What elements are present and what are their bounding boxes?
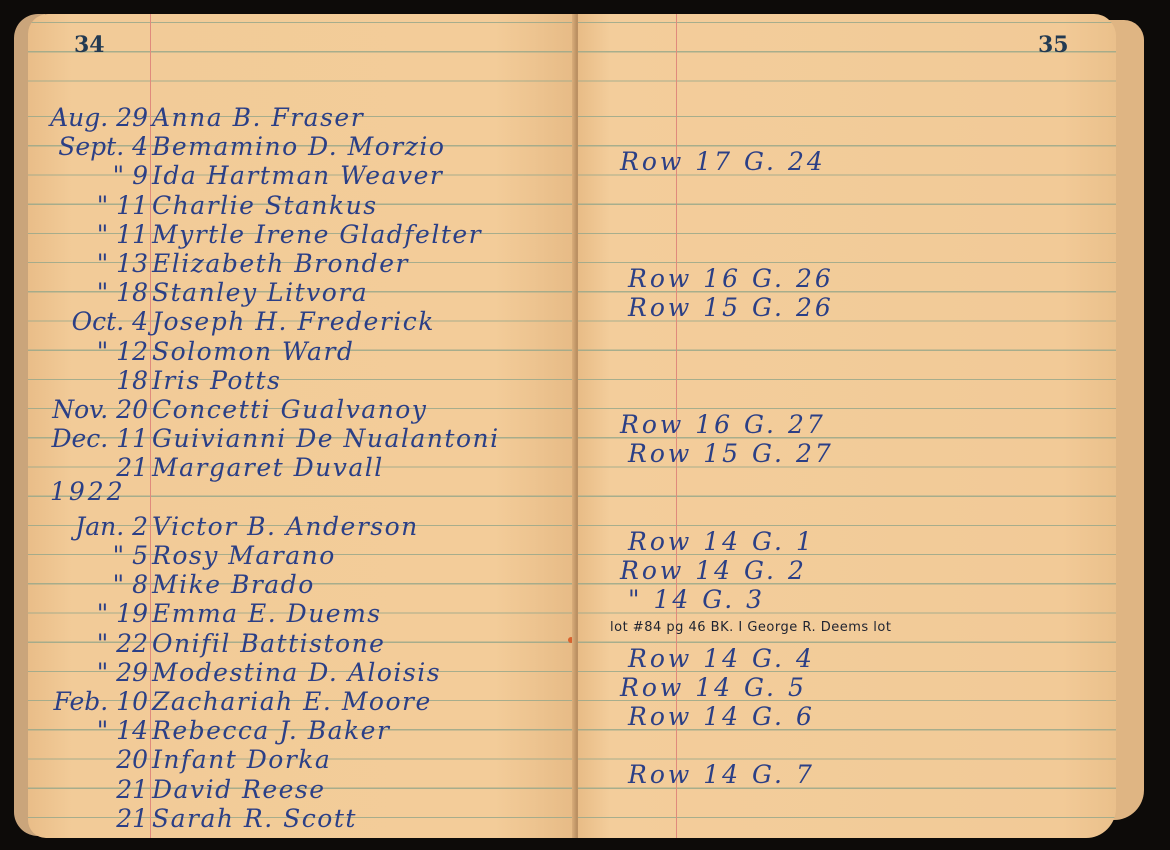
page-number: 34: [74, 32, 105, 58]
entry-name: Ida Hartman Weaver: [152, 161, 443, 190]
grave-location: Row 14 G. 2: [620, 556, 807, 585]
burial-entry: " 19Emma E. Duems: [28, 599, 578, 628]
entry-name: Myrtle Irene Gladfelter: [152, 220, 482, 249]
entry-name: Mike Brado: [152, 570, 315, 599]
entry-date: " 13: [97, 249, 148, 278]
burial-entry: Oct. 4Joseph H. Frederick: [28, 307, 578, 336]
grave-location: Row 15 G. 26: [628, 293, 834, 322]
burial-entry: " 12Solomon Ward: [28, 337, 578, 366]
burial-entry: " 18Stanley Litvora: [28, 278, 578, 307]
entry-name: Joseph H. Frederick: [152, 307, 435, 336]
entry-date: " 11: [97, 220, 148, 249]
entry-date: Sept. 4: [58, 132, 148, 161]
burial-entry: " 14Rebecca J. Baker: [28, 716, 578, 745]
entry-date: 21: [116, 804, 148, 833]
entry-name: Iris Potts: [152, 366, 281, 395]
entry-name: Modestina D. Aloisis: [152, 658, 441, 687]
entry-date: " 12: [97, 337, 148, 366]
entry-date: " 8: [113, 570, 148, 599]
year-heading: 1922: [50, 477, 126, 506]
burial-entry: " 9Ida Hartman Weaver: [28, 161, 578, 190]
burial-entry: " 11Myrtle Irene Gladfelter: [28, 220, 578, 249]
entry-date: Feb. 10: [54, 687, 148, 716]
entry-date: Jan. 2: [75, 512, 148, 541]
entry-date: " 22: [97, 629, 148, 658]
entry-name: Concetti Gualvanoy: [152, 395, 427, 424]
entry-date: 21: [116, 775, 148, 804]
burial-entry: Aug. 29Anna B. Fraser: [28, 103, 578, 132]
entry-name: Sarah R. Scott: [152, 804, 357, 833]
grave-location: Row 14 G. 6: [628, 702, 815, 731]
entry-name: Rosy Marano: [152, 541, 336, 570]
right-page: 35 Row 17 G. 24Row 16 G. 26Row 15 G. 26R…: [578, 14, 1116, 838]
burial-entry: Nov. 20Concetti Gualvanoy: [28, 395, 578, 424]
burial-entry: 21Sarah R. Scott: [28, 804, 578, 833]
entry-date: " 19: [97, 599, 148, 628]
entry-name: Charlie Stankus: [152, 191, 378, 220]
burial-entry: 20Infant Dorka: [28, 745, 578, 774]
entry-name: Zachariah E. Moore: [152, 687, 432, 716]
entry-name: Victor B. Anderson: [152, 512, 419, 541]
burial-entry: " 13Elizabeth Bronder: [28, 249, 578, 278]
entry-date: " 5: [113, 541, 148, 570]
entry-name: Guivianni De Nualantoni: [152, 424, 500, 453]
grave-location: Row 16 G. 27: [620, 410, 826, 439]
entry-name: Solomon Ward: [152, 337, 354, 366]
burial-entry: 18Iris Potts: [28, 366, 578, 395]
burial-entry: " 11Charlie Stankus: [28, 191, 578, 220]
lot-note: lot #84 pg 46 BK. I George R. Deems lot: [610, 613, 891, 642]
entry-date: " 18: [97, 278, 148, 307]
entry-name: Anna B. Fraser: [152, 103, 364, 132]
page-number: 35: [1038, 32, 1069, 58]
grave-location: " 14 G. 3: [628, 585, 765, 614]
entry-date: 20: [116, 745, 148, 774]
grave-location: Row 14 G. 4: [628, 644, 815, 673]
entry-name: David Reese: [152, 775, 326, 804]
entry-date: " 11: [97, 191, 148, 220]
entry-date: 18: [116, 366, 148, 395]
grave-location: Row 14 G. 5: [620, 673, 807, 702]
burial-entry: " 29Modestina D. Aloisis: [28, 658, 578, 687]
entry-name: Rebecca J. Baker: [152, 716, 390, 745]
entry-date: Dec. 11: [51, 424, 148, 453]
grave-location: Row 14 G. 7: [628, 760, 815, 789]
burial-entry: Dec. 11Guivianni De Nualantoni: [28, 424, 578, 453]
left-page: 34 Aug. 29Anna B. FraserSept. 4Bemamino …: [28, 14, 578, 838]
entry-name: Margaret Duvall: [152, 453, 384, 482]
grave-location: Row 17 G. 24: [620, 147, 826, 176]
burial-entry: Feb. 10Zachariah E. Moore: [28, 687, 578, 716]
entry-name: Stanley Litvora: [152, 278, 368, 307]
entry-date: " 29: [97, 658, 148, 687]
burial-entry: " 8Mike Brado: [28, 570, 578, 599]
burial-entry: Jan. 2Victor B. Anderson: [28, 512, 578, 541]
entry-date: Aug. 29: [50, 103, 148, 132]
burial-entry: " 22Onifil Battistone: [28, 629, 578, 658]
burial-entry: Sept. 4Bemamino D. Morzio: [28, 132, 578, 161]
entry-name: Elizabeth Bronder: [152, 249, 409, 278]
grave-location: Row 16 G. 26: [628, 264, 834, 293]
burial-entry: " 5Rosy Marano: [28, 541, 578, 570]
grave-location: Row 14 G. 1: [628, 527, 815, 556]
burial-entry: 21David Reese: [28, 775, 578, 804]
entry-name: Emma E. Duems: [152, 599, 382, 628]
entry-name: Onifil Battistone: [152, 629, 385, 658]
entry-name: Bemamino D. Morzio: [152, 132, 445, 161]
entry-date: " 14: [97, 716, 148, 745]
entry-date: " 9: [113, 161, 148, 190]
grave-location: Row 15 G. 27: [628, 439, 834, 468]
entry-date: Nov. 20: [52, 395, 148, 424]
entry-date: Oct. 4: [72, 307, 148, 336]
entry-name: Infant Dorka: [152, 745, 331, 774]
open-ledger-book: 34 Aug. 29Anna B. FraserSept. 4Bemamino …: [0, 0, 1170, 850]
